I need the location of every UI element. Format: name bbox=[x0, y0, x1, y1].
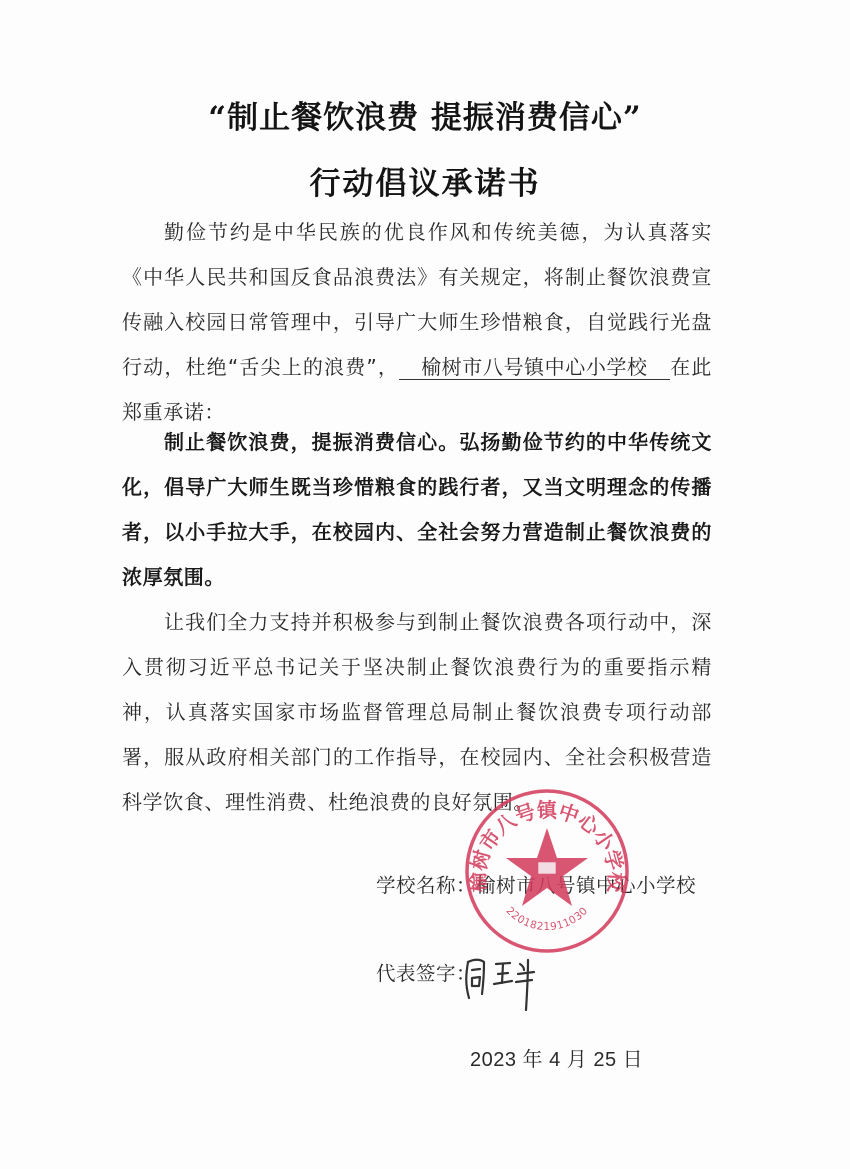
paragraph-intro: 勤俭节约是中华民族的优良作风和传统美德，为认真落实《中华人民共和国反食品浪费法》… bbox=[122, 210, 712, 435]
paragraph-pledge: 制止餐饮浪费，提振消费信心。弘扬勤俭节约的中华传统文化，倡导广大师生既当珍惜粮食… bbox=[122, 420, 712, 600]
school-name-value: 榆树市八号镇中心小学校 bbox=[476, 874, 696, 897]
document-title-line2: 行动倡议承诺书 bbox=[0, 158, 850, 203]
document-page: “制止餐饮浪费 提振消费信心” 行动倡议承诺书 勤俭节约是中华民族的优良作风和传… bbox=[0, 0, 850, 1169]
school-label: 学校名称： bbox=[376, 874, 476, 897]
document-title-line1: “制止餐饮浪费 提振消费信心” bbox=[0, 92, 850, 137]
stamp-number: 2201821911030 bbox=[504, 905, 591, 933]
handwritten-signature bbox=[460, 950, 550, 1012]
school-name-blank: 榆树市八号镇中心小学校 bbox=[399, 355, 670, 380]
paragraph-action: 让我们全力支持并积极参与到制止餐饮浪费各项行动中，深入贯彻习近平总书记关于坚决制… bbox=[122, 600, 712, 825]
school-name-line: 学校名称：榆树市八号镇中心小学校 bbox=[376, 870, 696, 898]
document-date: 2023 年 4 月 25 日 bbox=[470, 1043, 643, 1072]
